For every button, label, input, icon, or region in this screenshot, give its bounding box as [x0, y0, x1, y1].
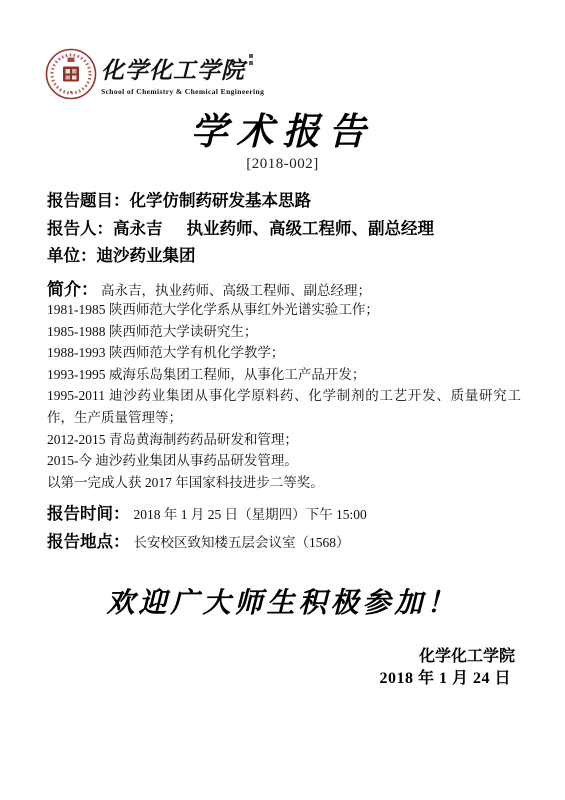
field-topic-label: 报告题目： [47, 191, 130, 210]
bio-line: 2012-2015 青岛黄海制药药品研发和管理； [47, 429, 521, 451]
field-topic-value: 化学仿制药研发基本思路 [130, 191, 312, 210]
bio-summary: 高永吉，执业药师、高级工程师、副总经理； [101, 283, 371, 298]
bio-heading: 简介：高永吉，执业药师、高级工程师、副总经理； [47, 275, 521, 300]
signature-date: 2018 年 1 月 24 日 [379, 668, 511, 690]
report-place-label: 报告地点： [47, 532, 130, 551]
field-organization-value: 迪沙药业集团 [97, 246, 196, 265]
college-name-en: School of Chemistry & Chemical Engineeri… [101, 87, 264, 96]
bio-line: 1995-2011 迪沙药业集团从事化学原料药、化学制剂的工艺开发、质量研究工作… [47, 385, 521, 428]
field-speaker-titles: 执业药师、高级工程师、副总经理 [187, 219, 435, 238]
announcement-page: 化学化工学院 School of Chemistry & Chemical En… [0, 0, 565, 800]
bio-line: 1985-1988 陕西师范大学读研究生； [47, 321, 521, 343]
bio-line: 1981-1985 陕西师范大学化学系从事红外光谱实验工作； [47, 299, 521, 321]
report-fields: 报告题目：化学仿制药研发基本思路 报告人：高永吉执业药师、高级工程师、副总经理 … [47, 187, 521, 270]
field-organization-label: 单位： [47, 246, 97, 265]
field-speaker-value: 高永吉 [113, 219, 163, 238]
seal-svg [45, 48, 97, 100]
field-speaker: 报告人：高永吉执业药师、高级工程师、副总经理 [47, 215, 521, 243]
logo-text-block: 化学化工学院 School of Chemistry & Chemical En… [101, 52, 264, 96]
bio-label: 简介： [47, 280, 98, 299]
report-time-label: 报告时间： [47, 504, 130, 523]
field-speaker-label: 报告人： [47, 219, 113, 238]
bio-line: 1993-1995 威海乐岛集团工程师，从事化工产品开发； [47, 364, 521, 386]
bio-line: 以第一完成人获 2017 年国家科技进步二等奖。 [47, 472, 521, 494]
bio-line: 1988-1993 陕西师范大学有机化学教学； [47, 342, 521, 364]
bio-line: 2015-今 迪沙药业集团从事药品研发管理。 [47, 450, 521, 472]
college-name-cn: 化学化工学院 [101, 52, 245, 85]
field-topic: 报告题目：化学仿制药研发基本思路 [47, 187, 521, 215]
report-place: 报告地点：长安校区致知楼五层会议室（1568） [47, 528, 521, 552]
college-seal-icon [45, 48, 97, 100]
report-place-value: 长安校区致知楼五层会议室（1568） [134, 535, 350, 550]
report-time-value: 2018 年 1 月 25 日（星期四）下午 15:00 [134, 507, 367, 522]
issue-number: [2018-002] [0, 156, 565, 173]
signature-org: 化学化工学院 [379, 646, 515, 668]
field-organization: 单位：迪沙药业集团 [47, 242, 521, 270]
college-logo: 化学化工学院 School of Chemistry & Chemical En… [45, 48, 264, 100]
logo-stamp-marks-icon [249, 54, 253, 65]
bio-timeline: 1981-1985 陕西师范大学化学系从事红外光谱实验工作； 1985-1988… [47, 299, 521, 493]
welcome-message: 欢迎广大师生积极参加！ [0, 581, 565, 621]
page-title: 学术报告 [0, 101, 565, 155]
report-time: 报告时间：2018 年 1 月 25 日（星期四）下午 15:00 [47, 500, 521, 524]
signature-block: 化学化工学院 2018 年 1 月 24 日 [379, 646, 517, 690]
